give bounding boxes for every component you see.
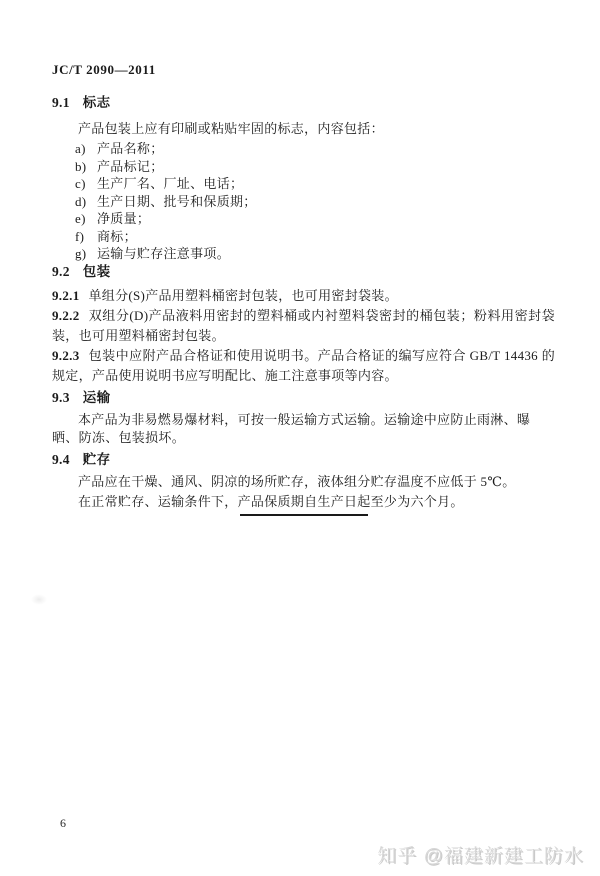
section-heading-9-3: 9.3运输 <box>52 390 555 406</box>
list-item: a)产品名称； <box>52 140 555 158</box>
section-heading-9-1: 9.1标志 <box>52 95 555 111</box>
list-item-text: 生产日期、批号和保质期； <box>97 194 257 209</box>
list-item-text: 生产厂名、厂址、电话； <box>97 176 243 191</box>
zhihu-watermark: 知乎 @福建新建工防水 <box>377 841 584 868</box>
list-item-label: c) <box>75 175 97 193</box>
list-item: e)净质量； <box>52 210 555 228</box>
section-title: 标志 <box>83 95 111 110</box>
section-number: 9.3 <box>52 390 70 405</box>
clause-number: 9.2.2 <box>52 308 80 323</box>
scan-artifact <box>31 594 47 605</box>
list-item-text: 运输与贮存注意事项。 <box>97 246 230 261</box>
list-item-label: b) <box>75 158 97 176</box>
list-item-label: g) <box>75 245 97 263</box>
document-page: JC/T 2090—2011 9.1标志 产品包装上应有印刷或粘贴牢固的标志，内… <box>0 0 600 876</box>
clause-text: 双组分(D)产品液料用密封的塑料桶或内衬塑料袋密封的桶包装；粉料用密封袋装，也可… <box>52 308 555 343</box>
section-number: 9.1 <box>52 95 70 110</box>
clause-number: 9.2.3 <box>52 348 80 363</box>
section-title: 包装 <box>83 264 111 279</box>
end-of-document-rule <box>240 514 368 516</box>
clause-number: 9.2.1 <box>52 288 80 303</box>
list-item: f)商标； <box>52 228 555 246</box>
section-title: 运输 <box>83 390 111 405</box>
list-item-text: 净质量； <box>97 211 150 226</box>
list-item-label: d) <box>75 193 97 211</box>
list-item-text: 商标； <box>97 229 137 244</box>
marking-list: a)产品名称； b)产品标记； c)生产厂名、厂址、电话； d)生产日期、批号和… <box>52 140 555 263</box>
clause-text: 包装中应附产品合格证和使用说明书。产品合格证的编写应符合 GB/T 14436 … <box>52 348 555 383</box>
transport-paragraph: 本产品为非易燃易爆材料，可按一般运输方式运输。运输途中应防止雨淋、曝晒、防冻、包… <box>52 411 555 447</box>
list-item-text: 产品标记； <box>97 159 164 174</box>
clause-9-2-1: 9.2.1单组分(S)产品用塑料桶密封包装，也可用密封袋装。 <box>52 286 555 306</box>
section-heading-9-2: 9.2包装 <box>52 264 555 280</box>
list-item-label: a) <box>75 140 97 158</box>
clause-9-2-2: 9.2.2双组分(D)产品液料用密封的塑料桶或内衬塑料袋密封的桶包装；粉料用密封… <box>52 306 555 346</box>
section-title: 贮存 <box>83 452 111 467</box>
clause-text: 单组分(S)产品用塑料桶密封包装，也可用密封袋装。 <box>89 288 398 303</box>
clause-9-2-3: 9.2.3包装中应附产品合格证和使用说明书。产品合格证的编写应符合 GB/T 1… <box>52 346 555 386</box>
standard-number-header: JC/T 2090—2011 <box>52 62 555 78</box>
storage-paragraph-1: 产品应在干燥、通风、阴凉的场所贮存，液体组分贮存温度不应低于 5℃。 <box>52 472 555 492</box>
list-item: g)运输与贮存注意事项。 <box>52 245 555 263</box>
list-item-label: f) <box>75 228 97 246</box>
list-item-text: 产品名称； <box>97 141 164 156</box>
list-item: c)生产厂名、厂址、电话； <box>52 175 555 193</box>
page-content: JC/T 2090—2011 9.1标志 产品包装上应有印刷或粘贴牢固的标志，内… <box>52 0 555 516</box>
storage-paragraph-2: 在正常贮存、运输条件下，产品保质期自生产日起至少为六个月。 <box>52 492 555 512</box>
list-item: d)生产日期、批号和保质期； <box>52 193 555 211</box>
section-number: 9.4 <box>52 452 70 467</box>
section-number: 9.2 <box>52 264 70 279</box>
list-item-label: e) <box>75 210 97 228</box>
section-heading-9-4: 9.4贮存 <box>52 452 555 468</box>
list-item: b)产品标记； <box>52 158 555 176</box>
marking-intro-paragraph: 产品包装上应有印刷或粘贴牢固的标志，内容包括： <box>52 120 555 137</box>
page-number: 6 <box>60 816 66 831</box>
